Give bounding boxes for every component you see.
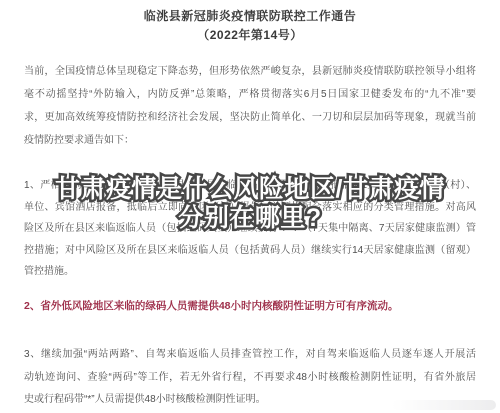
- item-2-text: 2、省外低风险地区来临的绿码人员需提供48小时内核酸阴性证明方可有序流动。: [24, 300, 399, 312]
- text-line: 求，更加高效统筹疫情防控和经济社会发展，坚决防止简单化、一刀切和层层加码等现象，…: [24, 106, 476, 129]
- item-1-paragraph: 1、严格限制中、高风险区及所在县区人员来临返临，确需来临的在抵临前1天须向所在社…: [24, 175, 476, 283]
- notice-document: 临洮县新冠肺炎疫情联防联控工作通告 （2022年第14号） 当前，全国疫情总体呈…: [0, 0, 500, 413]
- text-line: 疫情防控要求通告如下：: [24, 129, 476, 152]
- corner-artifact: [392, 400, 496, 410]
- text-line: 3、继续加强“两站两路”、自驾来临返临人员排查管控工作，对自驾来临返临人员逐车逐…: [24, 344, 476, 367]
- text-line: 管控措施。: [24, 261, 476, 283]
- item-2-highlight: 2、省外低风险地区来临的绿码人员需提供48小时内核酸阴性证明方可有序流动。: [24, 299, 476, 313]
- text-line: 单位、宾馆酒店报备，抵临后立即向社区（村）报告，并严格配合落实相应的分类管理措施…: [24, 197, 476, 219]
- text-line: 控措施；对中风险区及所在县区来临返临人员（包括黄码人员）继续实行14天居家健康监…: [24, 240, 476, 262]
- notice-title: 临洮县新冠肺炎疫情联防联控工作通告: [0, 7, 500, 26]
- text-line: 当前，全国疫情总体呈现稳定下降态势，但形势依然严峻复杂，县新冠肺炎疫情联防联控领…: [24, 60, 476, 83]
- text-line: 动轨迹询问、查验“两码”等工作，若无外省行程，不再要求48小时核酸检测阴性证明，…: [24, 367, 476, 390]
- text-line: 毫不动摇坚持“外防输入，内防反弹”总策略，严格贯彻落实6月5日国家卫健委发布的“…: [24, 83, 476, 106]
- intro-paragraph: 当前，全国疫情总体呈现稳定下降态势，但形势依然严峻复杂，县新冠肺炎疫情联防联控领…: [24, 60, 476, 152]
- text-line: 险区及所在县区来临返临人员（包括红码人员）继续实行“7+7”（7天集中隔离、7天…: [24, 218, 476, 240]
- notice-subtitle: （2022年第14号）: [0, 26, 500, 45]
- text-line: 1、严格限制中、高风险区及所在县区人员来临返临，确需来临的在抵临前1天须向所在社…: [24, 175, 476, 197]
- notice-title-block: 临洮县新冠肺炎疫情联防联控工作通告 （2022年第14号）: [0, 7, 500, 45]
